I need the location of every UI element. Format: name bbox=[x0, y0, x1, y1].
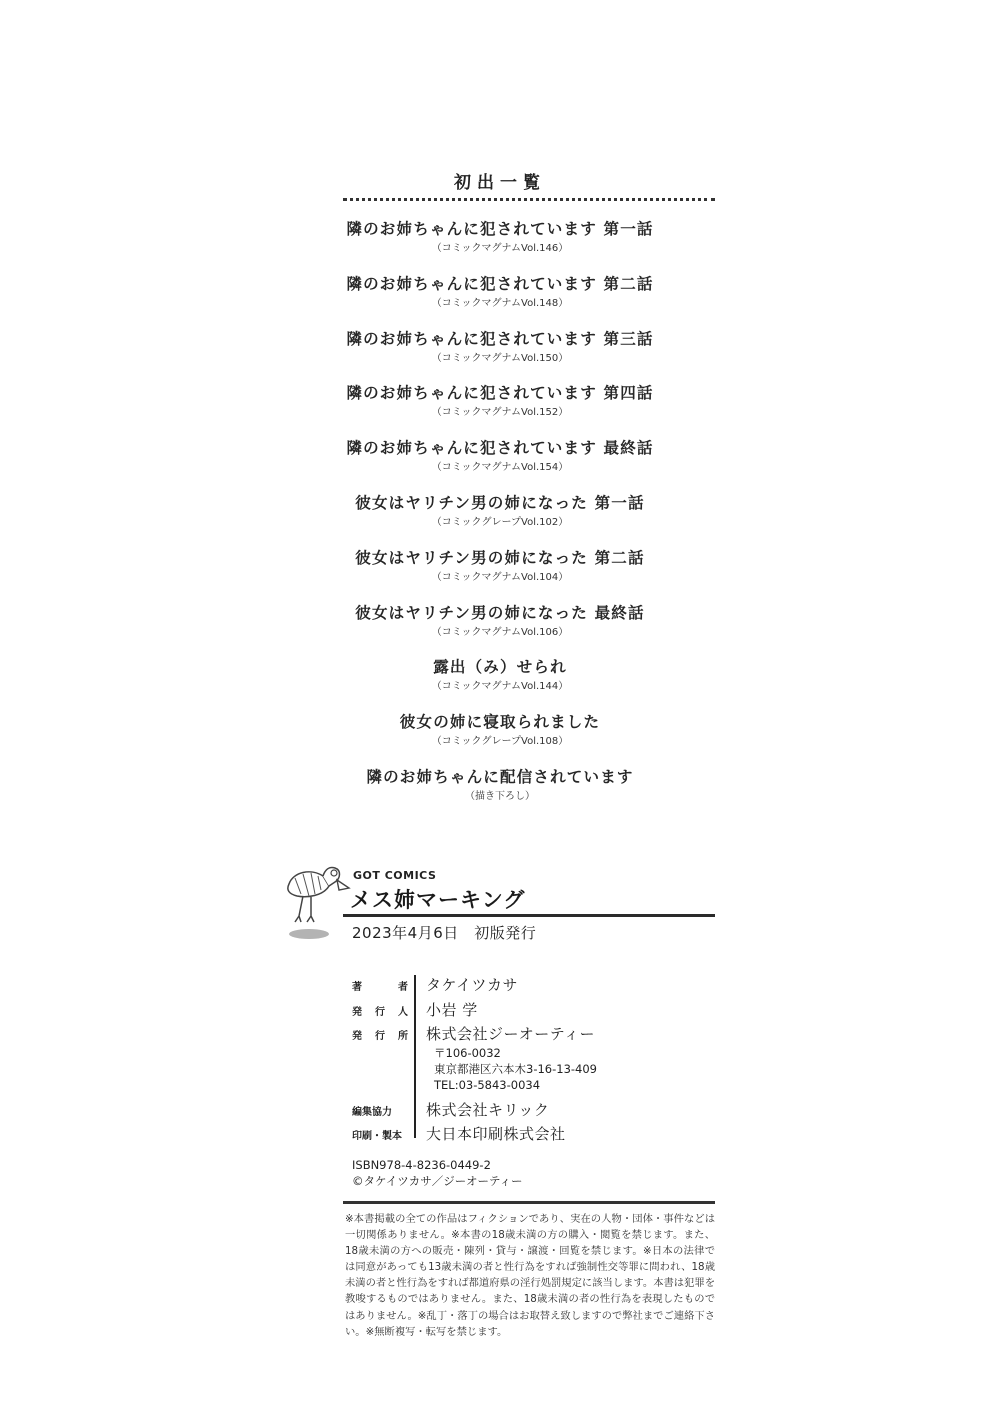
list-item: 彼女はヤリチン男の姉になった 第一話（コミックグレープVol.102） bbox=[0, 492, 1000, 547]
credit-publisher-person: 発 行 人 小岩 学 bbox=[352, 999, 597, 1023]
work-source: （描き下ろし） bbox=[0, 790, 1000, 804]
work-source: （コミックマグナムVol.150） bbox=[0, 352, 1000, 366]
list-item: 彼女の姉に寝取られました（コミックグレープVol.108） bbox=[0, 711, 1000, 766]
work-source: （コミックマグナムVol.152） bbox=[0, 406, 1000, 420]
list-item: 隣のお姉ちゃんに犯されています 第三話（コミックマグナムVol.150） bbox=[0, 328, 1000, 383]
credit-printing: 印刷・製本 大日本印刷株式会社 bbox=[352, 1123, 597, 1147]
work-source: （コミックマグナムVol.104） bbox=[0, 571, 1000, 585]
list-item: 彼女はヤリチン男の姉になった 第二話（コミックマグナムVol.104） bbox=[0, 547, 1000, 602]
publication-date: 2023年4月6日 初版発行 bbox=[352, 922, 536, 943]
telephone: TEL:03-5843-0034 bbox=[434, 1077, 597, 1093]
work-title: 彼女の姉に寝取られました bbox=[0, 711, 1000, 733]
dotted-divider bbox=[343, 198, 715, 201]
work-title: 隣のお姉ちゃんに犯されています 第一話 bbox=[0, 218, 1000, 240]
street-address: 東京都港区六本木3-16-13-409 bbox=[434, 1061, 597, 1077]
work-title: 彼女はヤリチン男の姉になった 最終話 bbox=[0, 602, 1000, 624]
work-source: （コミックグレープVol.108） bbox=[0, 735, 1000, 749]
legal-notice: ※本書掲載の全ての作品はフィクションであり、実在の人物・団体・事件などは一切関係… bbox=[345, 1211, 715, 1340]
credit-author: 著 者 タケイツカサ bbox=[352, 974, 597, 999]
credit-editorial: 編集協力 株式会社キリック bbox=[352, 1099, 597, 1123]
printing-name: 大日本印刷株式会社 bbox=[426, 1123, 566, 1144]
work-title: 隣のお姉ちゃんに犯されています 第四話 bbox=[0, 382, 1000, 404]
author-name: タケイツカサ bbox=[426, 974, 518, 995]
credits-block: 著 者 タケイツカサ 発 行 人 小岩 学 発 行 所 株式会社ジーオーティー … bbox=[352, 974, 597, 1147]
credit-label-printing: 印刷・製本 bbox=[352, 1127, 408, 1142]
publisher-person-name: 小岩 学 bbox=[426, 999, 478, 1020]
editorial-name: 株式会社キリック bbox=[426, 1099, 549, 1120]
work-title: 彼女はヤリチン男の姉になった 第一話 bbox=[0, 492, 1000, 514]
bird-logo-icon bbox=[283, 862, 355, 942]
work-title: 隣のお姉ちゃんに犯されています 第二話 bbox=[0, 273, 1000, 295]
work-title: 隣のお姉ちゃんに犯されています 第三話 bbox=[0, 328, 1000, 350]
list-item: 彼女はヤリチン男の姉になった 最終話（コミックマグナムVol.106） bbox=[0, 602, 1000, 657]
isbn: ISBN978-4-8236-0449-2 bbox=[352, 1157, 523, 1173]
work-source: （コミックグレープVol.102） bbox=[0, 516, 1000, 530]
work-title: 隣のお姉ちゃんに配信されています bbox=[0, 766, 1000, 788]
work-source: （コミックマグナムVol.148） bbox=[0, 297, 1000, 311]
credit-label-author: 著 者 bbox=[352, 978, 408, 993]
title-divider bbox=[343, 914, 715, 917]
list-item: 隣のお姉ちゃんに犯されています 第二話（コミックマグナムVol.148） bbox=[0, 273, 1000, 328]
book-title: メス姉マーキング bbox=[350, 884, 525, 914]
work-source: （コミックマグナムVol.106） bbox=[0, 626, 1000, 640]
credit-label-editorial: 編集協力 bbox=[352, 1103, 408, 1118]
list-item: 隣のお姉ちゃんに犯されています 最終話（コミックマグナムVol.154） bbox=[0, 437, 1000, 492]
work-title: 露出（み）せられ bbox=[0, 656, 1000, 678]
list-item: 隣のお姉ちゃんに犯されています 第一話（コミックマグナムVol.146） bbox=[0, 218, 1000, 273]
postal-code: 〒106-0032 bbox=[434, 1045, 597, 1061]
credit-label-publisher-person: 発 行 人 bbox=[352, 1003, 408, 1018]
works-list: 隣のお姉ちゃんに犯されています 第一話（コミックマグナムVol.146） 隣のお… bbox=[0, 218, 1000, 821]
work-source: （コミックマグナムVol.144） bbox=[0, 680, 1000, 694]
notice-divider bbox=[343, 1201, 715, 1204]
imprint-label: GOT COMICS bbox=[353, 869, 436, 882]
first-appearance-heading: 初出一覧 bbox=[0, 168, 1000, 193]
work-title: 隣のお姉ちゃんに犯されています 最終話 bbox=[0, 437, 1000, 459]
credit-publisher: 発 行 所 株式会社ジーオーティー bbox=[352, 1023, 597, 1045]
copyright: ©タケイツカサ／ジーオーティー bbox=[352, 1173, 523, 1189]
work-title: 彼女はヤリチン男の姉になった 第二話 bbox=[0, 547, 1000, 569]
list-item: 隣のお姉ちゃんに犯されています 第四話（コミックマグナムVol.152） bbox=[0, 382, 1000, 437]
isbn-block: ISBN978-4-8236-0449-2 ©タケイツカサ／ジーオーティー bbox=[352, 1157, 523, 1189]
publisher-name: 株式会社ジーオーティー bbox=[426, 1023, 595, 1044]
work-source: （コミックマグナムVol.146） bbox=[0, 242, 1000, 256]
list-item: 露出（み）せられ（コミックマグナムVol.144） bbox=[0, 656, 1000, 711]
credit-label-publisher: 発 行 所 bbox=[352, 1027, 408, 1042]
list-item: 隣のお姉ちゃんに配信されています（描き下ろし） bbox=[0, 766, 1000, 821]
work-source: （コミックマグナムVol.154） bbox=[0, 461, 1000, 475]
